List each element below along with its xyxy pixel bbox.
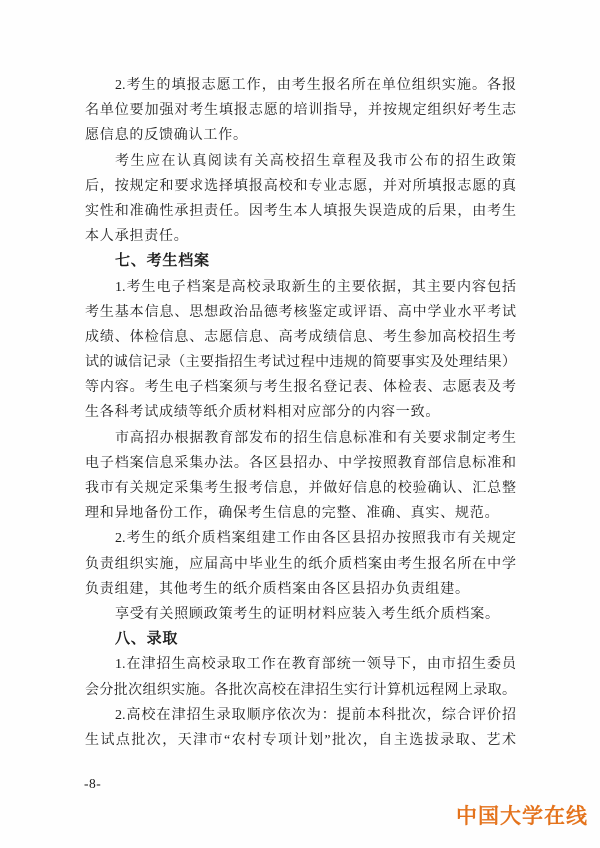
text-line: 考生基本信息、思想政治品德考核鉴定或评语、高中学业水平考试 xyxy=(85,300,516,325)
document-body: 2.考生的填报志愿工作，由考生报名所在单位组织实施。各报名单位要加强对考生填报志… xyxy=(85,73,516,753)
text-line: 2.考生的填报志愿工作，由考生报名所在单位组织实施。各报 xyxy=(85,73,516,98)
text-line: 负责组织实施，应届高中毕业生的纸介质档案由考生报名所在中学 xyxy=(85,552,516,577)
text-line: 我市有关规定采集考生报考信息，并做好信息的校验确认、汇总整 xyxy=(85,476,516,501)
section-heading: 八、录取 xyxy=(85,627,516,652)
text-line: 成绩、体检信息、志愿信息、高考成绩信息、考生参加高校招生考 xyxy=(85,325,516,350)
text-line: 2.考生的纸介质档案组建工作由各区县招办按照我市有关规定 xyxy=(85,526,516,551)
text-line: 等内容。考生电子档案须与考生报名登记表、体检表、志愿表及考 xyxy=(85,375,516,400)
text-line: 实性和准确性承担责任。因考生本人填报失误造成的后果，由考生 xyxy=(85,199,516,224)
page-number: -8- xyxy=(84,776,101,792)
text-line: 市高招办根据教育部发布的招生信息标准和有关要求制定考生 xyxy=(85,426,516,451)
text-line: 生各科考试成绩等纸介质材料相对应部分的内容一致。 xyxy=(85,400,516,425)
section-heading: 七、考生档案 xyxy=(85,249,516,274)
text-line: 愿信息的反馈确认工作。 xyxy=(85,123,516,148)
text-line: 负责组建，其他考生的纸介质档案由各区县招办负责组建。 xyxy=(85,577,516,602)
text-line: 1.在津招生高校录取工作在教育部统一领导下，由市招生委员 xyxy=(85,652,516,677)
text-line: 2.高校在津招生录取顺序依次为：提前本科批次，综合评价招 xyxy=(85,703,516,728)
text-line: 名单位要加强对考生填报志愿的培训指导，并按规定组织好考生志 xyxy=(85,98,516,123)
text-line: 享受有关照顾政策考生的证明材料应装入考生纸介质档案。 xyxy=(85,602,516,627)
text-line: 后，按规定和要求选择填报高校和专业志愿，并对所填报志愿的真 xyxy=(85,174,516,199)
scanned-document-page: 2.考生的填报志愿工作，由考生报名所在单位组织实施。各报名单位要加强对考生填报志… xyxy=(0,0,600,848)
text-line: 电子档案信息采集办法。各区县招办、中学按照教育部信息标准和 xyxy=(85,451,516,476)
text-line: 本人承担责任。 xyxy=(85,224,516,249)
text-line: 会分批次组织实施。各批次高校在津招生实行计算机远程网上录取。 xyxy=(85,678,516,703)
text-line: 试的诚信记录（主要指招生考试过程中违规的简要事实及处理结果） xyxy=(85,350,516,375)
text-line: 1.考生电子档案是高校录取新生的主要依据，其主要内容包括 xyxy=(85,275,516,300)
text-line: 考生应在认真阅读有关高校招生章程及我市公布的招生政策 xyxy=(85,149,516,174)
text-line: 理和异地备份工作，确保考生信息的完整、准确、真实、规范。 xyxy=(85,501,516,526)
site-watermark: 中国大学在线 xyxy=(456,800,588,830)
text-line: 生试点批次，天津市“农村专项计划”批次，自主选拔录取、艺术 xyxy=(85,728,516,753)
